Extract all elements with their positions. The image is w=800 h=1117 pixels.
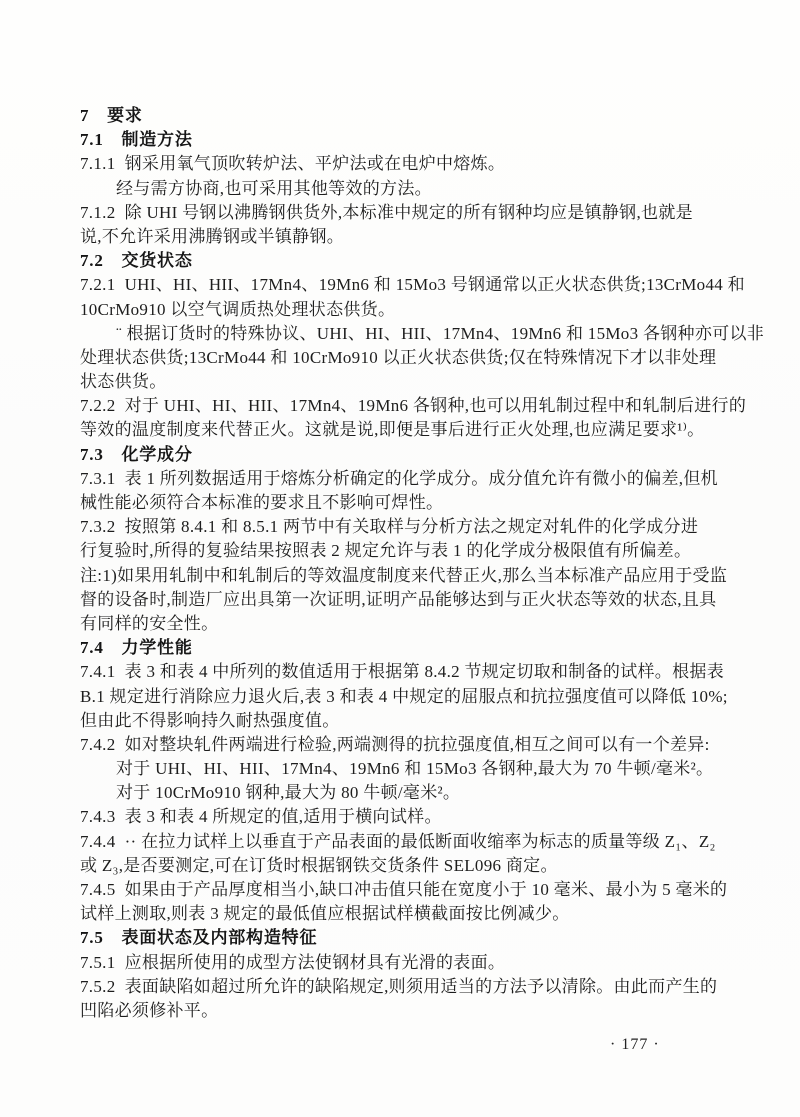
text-line: 7.5.1 应根据所使用的成型方法使钢材具有光滑的表面。 (80, 951, 728, 975)
section-heading-7-4: 7.4 力学性能 (80, 636, 728, 660)
text-line: 7.1.1 钢采用氧气顶吹转炉法、平炉法或在电炉中熔炼。 (80, 152, 728, 176)
text-line: 经与需方协商,也可采用其他等效的方法。 (80, 177, 728, 201)
section-heading-7-1: 7.1 制造方法 (80, 128, 728, 152)
section-heading-7-2: 7.2 交货状态 (80, 249, 728, 273)
text-line: 7.2.1 UHI、HI、HII、17Mn4、19Mn6 和 15Mo3 号钢通… (80, 273, 728, 297)
text-line: 状态供货。 (80, 370, 728, 394)
footnote-line: 有同样的安全性。 (80, 612, 728, 636)
text-line: 凹陷必须修补平。 (80, 999, 728, 1023)
text-line: 等效的温度制度来代替正火。这就是说,即便是事后进行正火处理,也应满足要求¹⁾。 (80, 418, 728, 442)
text-line: 7.2.2 对于 UHI、HI、HII、17Mn4、19Mn6 各钢种,也可以用… (80, 394, 728, 418)
text-line: 7.4.4 ·· 在拉力试样上以垂直于产品表面的最低断面收缩率为标志的质量等级 … (80, 830, 728, 854)
text-line: 7.4.1 表 3 和表 4 中所列的数值适用于根据第 8.4.2 节规定切取和… (80, 660, 728, 684)
text-line: 行复验时,所得的复验结果按照表 2 规定允许与表 1 的化学成分极限值有所偏差。 (80, 539, 728, 563)
text-line: 7.5.2 表面缺陷如超过所允许的缺陷规定,则须用适当的方法予以清除。由此而产生… (80, 975, 728, 999)
text-line: 但由此不得影响持久耐热强度值。 (80, 709, 728, 733)
text-line: 械性能必须符合本标准的要求且不影响可焊性。 (80, 491, 728, 515)
text-line: 7.4.5 如果由于产品厚度相当小,缺口冲击值只能在宽度小于 10 毫米、最小为… (80, 878, 728, 902)
page-number: · 177 · (610, 1036, 660, 1054)
text-line: 7.1.2 除 UHI 号钢以沸腾钢供货外,本标准中规定的所有钢种均应是镇静钢,… (80, 201, 728, 225)
text-line: 7.3.1 表 1 所列数据适用于熔炼分析确定的化学成分。成分值允许有微小的偏差… (80, 467, 728, 491)
text-line: 试样上测取,则表 3 规定的最低值应根据试样横截面按比例减少。 (80, 902, 728, 926)
text-line: 对于 10CrMo910 钢种,最大为 80 牛顿/毫米²。 (80, 781, 728, 805)
document-page: 7 要求 7.1 制造方法 7.1.1 钢采用氧气顶吹转炉法、平炉法或在电炉中熔… (0, 0, 800, 1117)
text-line: 7.4.3 表 3 和表 4 所规定的值,适用于横向试样。 (80, 805, 728, 829)
text-line: 7.4.2 如对整块轧件两端进行检验,两端测得的抗拉强度值,相互之间可以有一个差… (80, 733, 728, 757)
text-line: 说,不允许采用沸腾钢或半镇静钢。 (80, 225, 728, 249)
section-heading-7: 7 要求 (80, 104, 728, 128)
text-block: 7 要求 7.1 制造方法 7.1.1 钢采用氧气顶吹转炉法、平炉法或在电炉中熔… (80, 104, 728, 1023)
section-heading-7-5: 7.5 表面状态及内部构造特征 (80, 926, 728, 950)
text-line: 对于 UHI、HI、HII、17Mn4、19Mn6 和 15Mo3 各钢种,最大… (80, 757, 728, 781)
text-line: 或 Z₃,是否要测定,可在订货时根据钢铁交货条件 SEL096 商定。 (80, 854, 728, 878)
text-line: 7.3.2 按照第 8.4.1 和 8.5.1 两节中有关取样与分析方法之规定对… (80, 515, 728, 539)
text-line: 处理状态供货;13CrMo44 和 10CrMo910 以正火状态供货;仅在特殊… (80, 346, 728, 370)
text-line: ¨ 根据订货时的特殊协议、UHI、HI、HII、17Mn4、19Mn6 和 15… (80, 322, 728, 346)
section-heading-7-3: 7.3 化学成分 (80, 443, 728, 467)
footnote-line: 注:1)如果用轧制中和轧制后的等效温度制度来代替正火,那么当本标准产品应用于受监 (80, 564, 728, 588)
text-line: 10CrMo910 以空气调质热处理状态供货。 (80, 298, 728, 322)
footnote-line: 督的设备时,制造厂应出具第一次证明,证明产品能够达到与正火状态等效的状态,且具 (80, 588, 728, 612)
text-line: B.1 规定进行消除应力退火后,表 3 和表 4 中规定的屈服点和抗拉强度值可以… (80, 685, 728, 709)
